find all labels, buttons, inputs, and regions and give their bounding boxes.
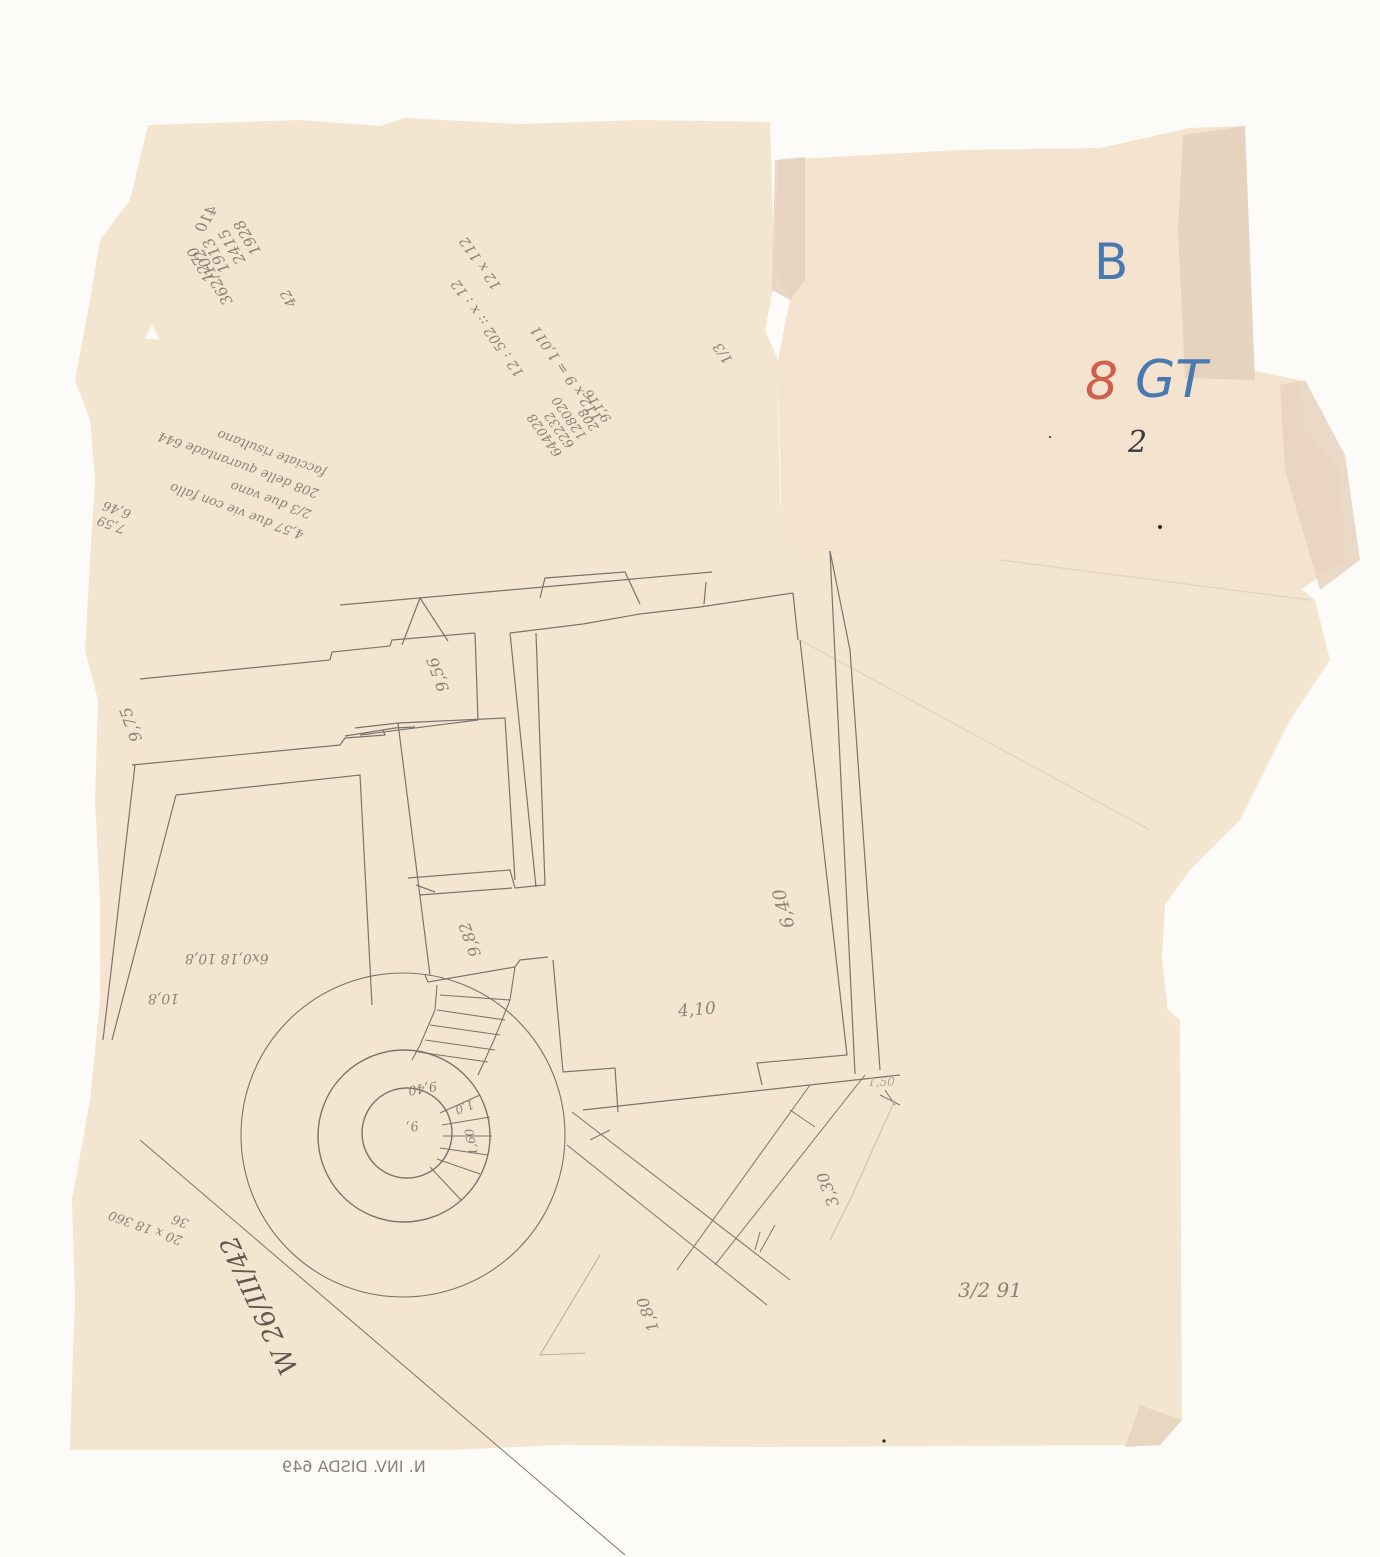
label-stair-b: 9, (405, 1117, 420, 1134)
tape-strip-top-center (772, 157, 805, 300)
marking-letters-gt: GT (1135, 350, 1207, 410)
label-room-main-width: 4,10 (677, 998, 716, 1021)
marking-letter-b: B (1094, 233, 1128, 291)
paper-fragment-right (775, 126, 1345, 590)
tape-strip-top-right (1178, 126, 1255, 380)
label-corner-dim: 1,50 (868, 1075, 895, 1089)
marking-number-8: 8 (1085, 352, 1118, 412)
label-date-right: 3/2 91 (958, 1278, 1022, 1302)
inventory-stamp: N. INV. DISDA 649 (282, 1457, 426, 1476)
label-room-left-dim: 10,8 (148, 990, 179, 1006)
label-room-left-area: 6x0,18 10,8 (185, 950, 269, 966)
marking-number-2: 2 (1128, 425, 1147, 460)
